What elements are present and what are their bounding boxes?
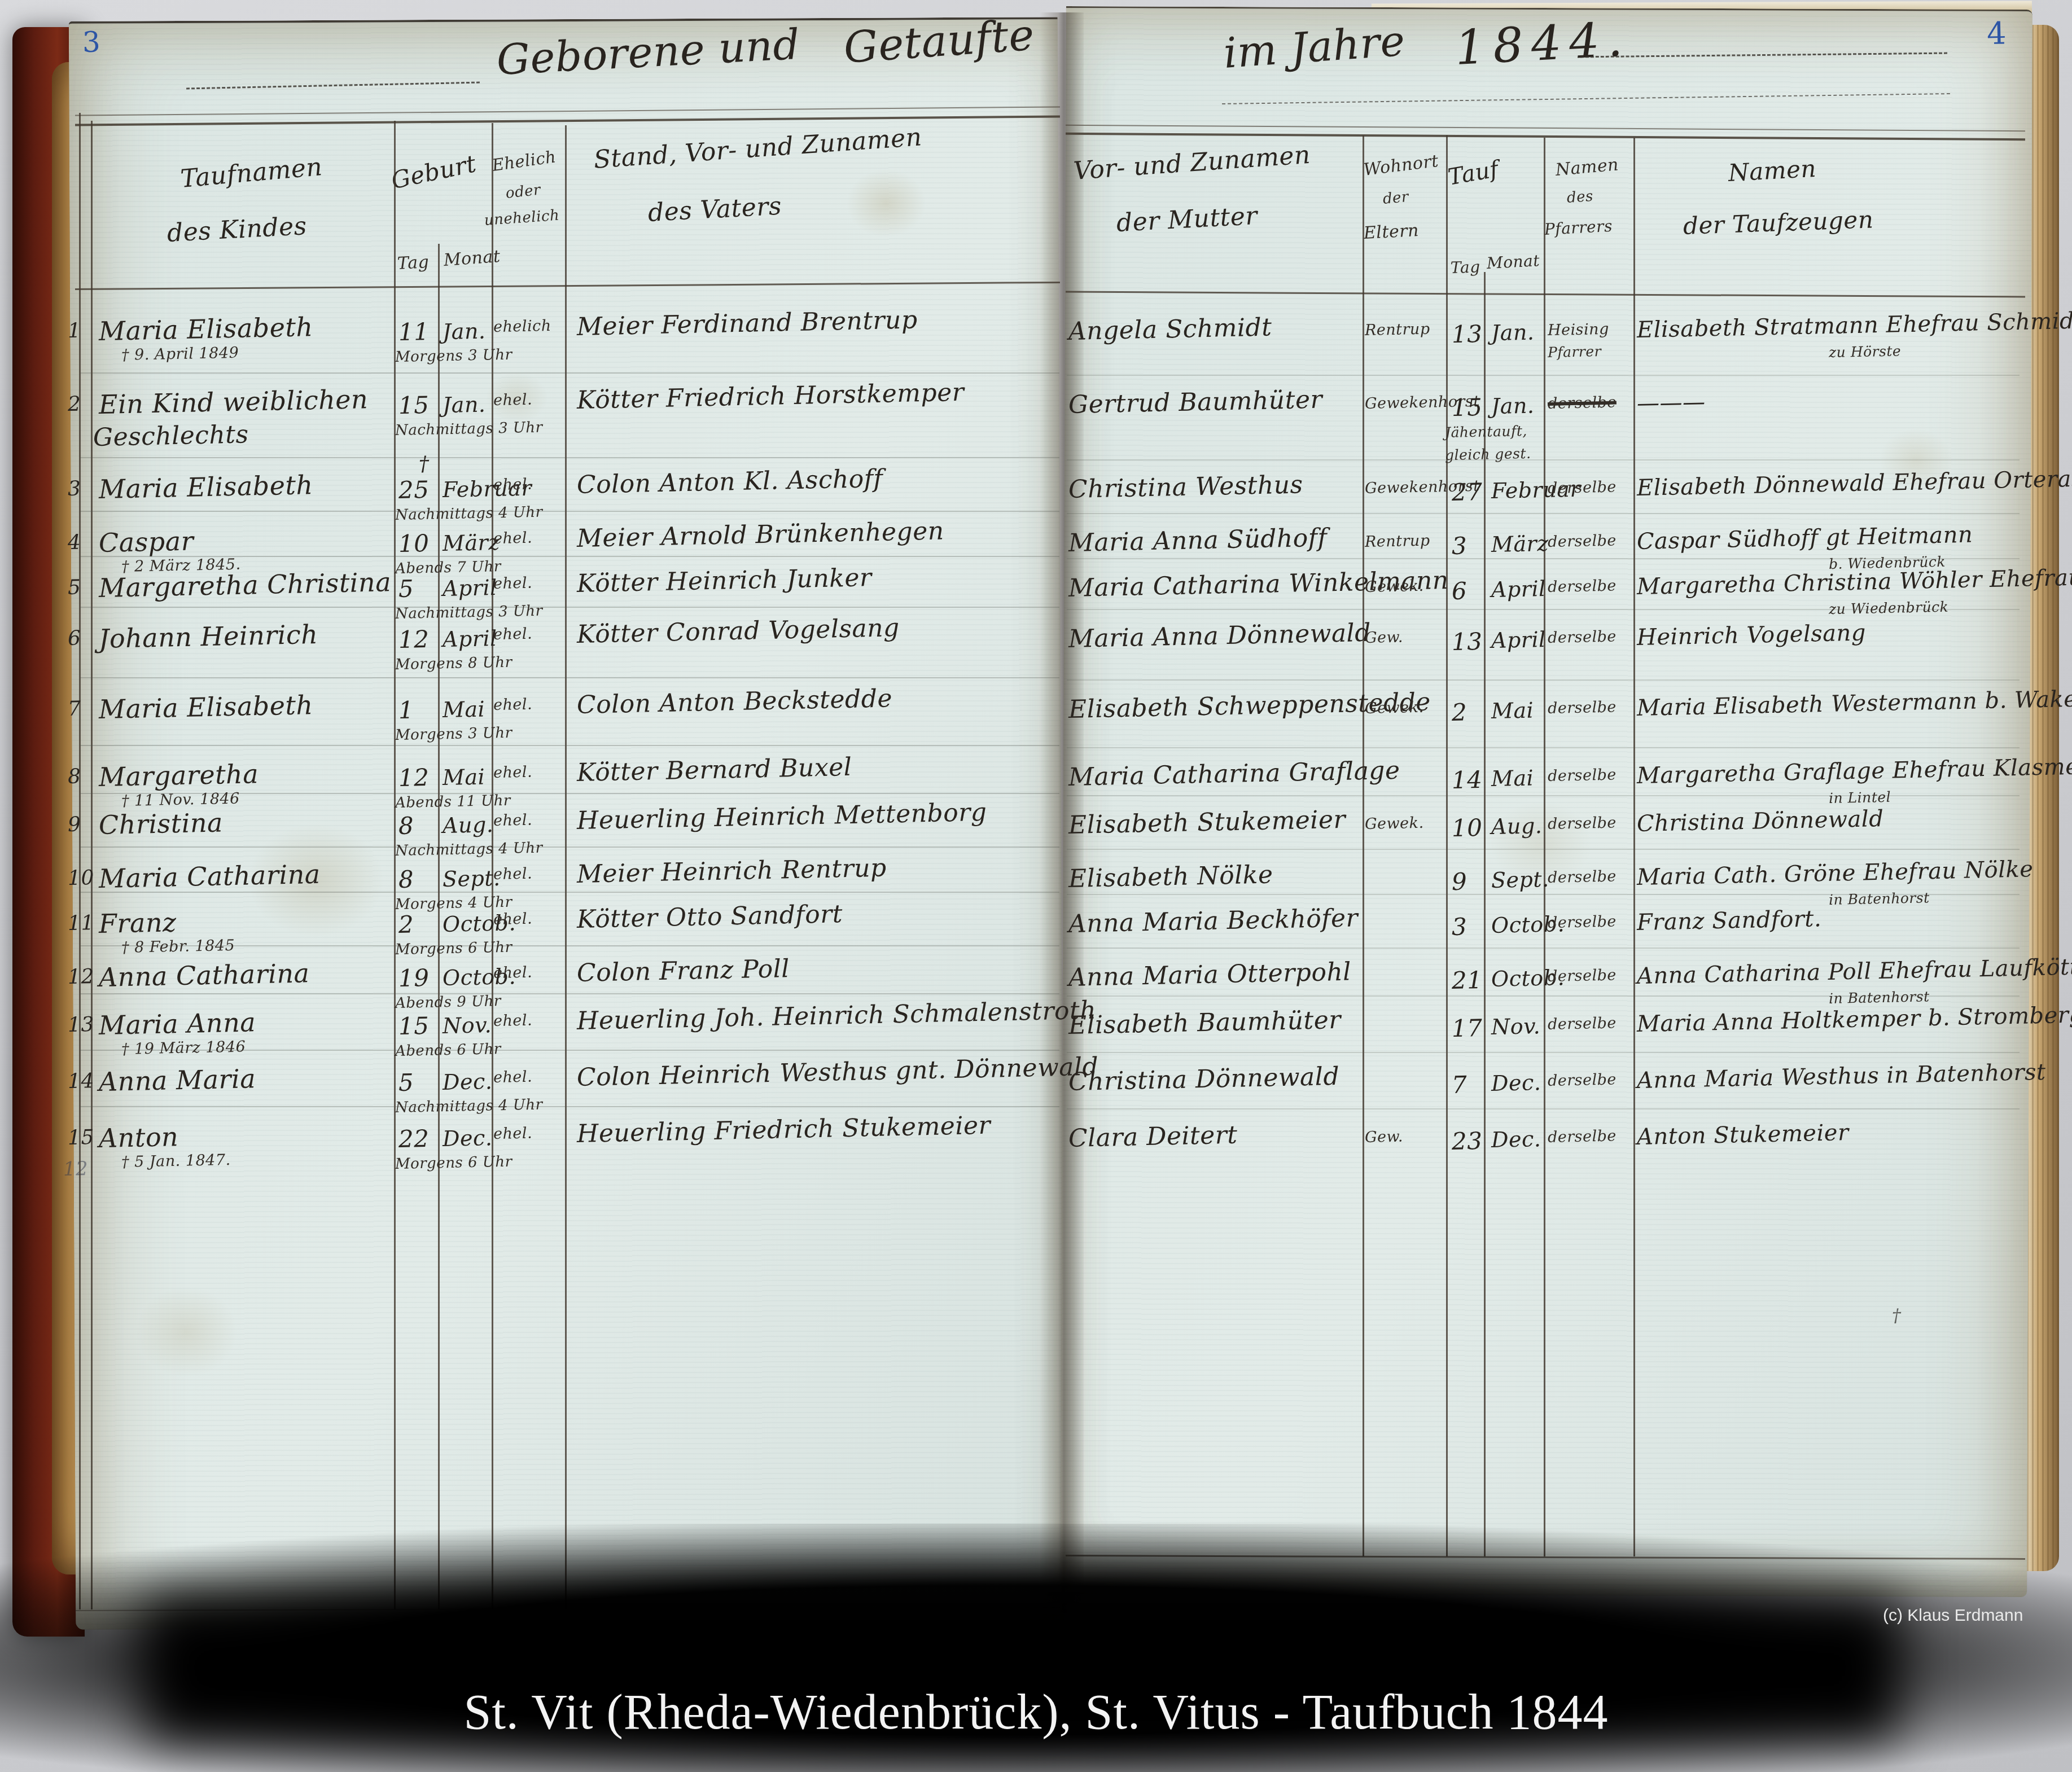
entry-godparent-place: in Batenhorst [1829,889,1930,908]
entry-birth-time: Abends 11 Uhr [395,792,511,812]
entry-baptism-month: Jan. [1491,319,1535,345]
entry-mother: Elisabeth Stukemeier [1068,805,1346,840]
entry-priest: derselbe [1548,577,1617,596]
entry-baptism-day: 9 [1451,867,1467,896]
entry-legitimacy: ehel. [493,1125,533,1143]
entry-legitimacy: ehel. [493,529,533,547]
entry-baptism-month: Dec. [1491,1070,1541,1096]
entry-separator [1067,513,2020,514]
paper-stain [847,169,926,237]
entry-death-note: † 5 Jan. 1847. [121,1151,231,1171]
entry-birth-cross: † [419,453,430,476]
entry-legitimacy: ehel. [493,812,533,830]
entry-godparent: Franz Sandfort. [1637,906,1822,936]
entry-priest: derselbe [1548,913,1617,932]
entry-number: 7 [68,698,81,721]
entry-baptism-day: 14 [1451,766,1482,794]
entry-baptism-month: Jan. [1491,393,1535,419]
entry-child-name: Geschlechts [93,420,249,452]
entry-number: 11 [68,911,95,935]
entry-birth-month: Dec. [443,1069,493,1095]
entry-father: Kötter Bernard Buxel [576,753,852,787]
entry-birth-month: März [443,530,501,556]
colhead-priest: Pfarrers [1544,217,1613,239]
entry-birth-day: 8 [398,812,414,840]
entry-baptism-month: März [1491,531,1549,557]
entry-birth-day: 1 [398,696,414,724]
entry-legitimacy: ehel. [493,1012,533,1030]
entry-birth-time: Abends 6 Uhr [395,1041,501,1060]
entry-legitimacy: ehel. [493,476,533,494]
entry-priest: derselbe [1548,966,1617,985]
entry-child-name: Franz [98,907,177,939]
entry-godparent-place: in Batenhorst [1829,988,1930,1007]
entry-separator [80,993,1059,994]
entry-priest: derselbe [1548,814,1617,833]
column-rule [1544,138,1545,1556]
entry-baptism-day: 7 [1451,1071,1467,1099]
entry-priest: derselbe [1548,698,1617,717]
entry-mother: Maria Anna Südhoff [1068,523,1327,558]
entry-separator [1067,948,2020,949]
entry-child-name: Maria Catharina [98,859,321,894]
entry-mother: Anna Maria Beckhöfer [1068,903,1358,938]
entry-residence: Rentrup [1365,532,1430,551]
entry-death-note: † 19 März 1846 [121,1038,246,1058]
entry-baptism-day: 27 [1451,478,1482,506]
entry-birth-time: Morgens 6 Uhr [395,1153,512,1173]
entry-separator [80,745,1059,746]
entry-mother: Elisabeth Nölke [1068,860,1273,893]
colhead-residence: der [1382,188,1409,208]
entry-mother: Gertrud Baumhüter [1068,385,1322,419]
entry-residence: Rentrup [1365,321,1430,339]
entry-birth-time: Morgens 8 Uhr [395,654,512,673]
ink-cross-mark: † [1892,1305,1902,1326]
column-rule [438,244,440,1609]
entry-baptism-day: 10 [1451,814,1482,842]
entry-birth-month: Nov. [443,1012,492,1038]
entry-father: Kötter Otto Sandfort [576,900,843,934]
entry-separator [80,457,1059,458]
entry-birth-day: 5 [398,574,414,603]
column-rule [91,121,93,1609]
entry-baptism-month: Mai [1491,765,1534,791]
entry-baptism-note: gleich gest. [1445,445,1531,463]
entry-birth-month: April [443,626,498,652]
entry-child-name: Maria Elisabeth [98,470,313,505]
colhead-priest: des [1566,188,1594,207]
entry-priest: Heising [1548,321,1609,339]
column-rule [394,121,396,1609]
entry-separator [1067,849,2020,850]
entry-birth-time: Nachmittags 3 Uhr [395,603,543,622]
entry-birth-time: Nachmittags 4 Uhr [395,840,543,859]
entry-child-name: Margaretha [98,758,259,792]
entry-separator [80,892,1059,893]
entry-mother: Elisabeth Baumhüter [1068,1006,1341,1040]
entry-birth-time: Nachmittags 4 Uhr [395,1096,543,1116]
entry-birth-day: 22 [398,1125,429,1153]
entry-number: 4 [68,531,81,554]
entry-legitimacy: ehel. [493,964,533,982]
entry-baptism-day: 17 [1451,1014,1482,1042]
entry-birth-day: 11 [398,318,429,346]
title-year: 1844. [1453,11,1631,76]
entry-separator [80,511,1059,512]
entry-separator [80,372,1059,374]
entry-birth-day: 19 [398,964,429,992]
entry-priest: derselbe [1548,867,1617,887]
column-rule [1484,272,1486,1556]
photographer-credit: (c) Klaus Erdmann [1883,1606,2023,1625]
entry-separator [1067,375,2020,376]
entry-separator [1067,747,2020,748]
entry-priest: derselbe [1548,628,1617,647]
bleedthrough-number: 12 [63,1157,89,1181]
entry-legitimacy: ehel. [493,865,533,883]
entry-baptism-month: Sept. [1491,867,1550,893]
entry-number: 9 [68,813,81,836]
entry-separator [80,677,1059,678]
entry-separator [80,1106,1059,1107]
entry-priest: derselbe [1548,1127,1617,1146]
entry-residence: Gewek. [1365,699,1424,717]
entry-birth-time: Nachmittags 4 Uhr [395,504,543,524]
entry-godparent: Anton Stukemeier [1637,1120,1850,1150]
entry-baptism-month: Dec. [1491,1126,1541,1152]
entry-godparent: Heinrich Vogelsang [1637,620,1867,651]
entry-godparent: ——— [1637,389,1706,416]
baptism-register-photo: 3 4 Geborene und Getaufte im Jahre 1844.… [0,0,2072,1772]
entry-birth-day: 10 [398,529,429,558]
entry-baptism-month: Mai [1491,698,1534,723]
entry-legitimacy: ehel. [493,764,533,782]
page-number-right: 4 [1986,15,2007,51]
entry-baptism-month: April [1491,627,1547,653]
entry-birth-month: Aug. [443,812,494,838]
entry-mother: Angela Schmidt [1068,313,1272,346]
entry-mother: Clara Deitert [1068,1121,1238,1153]
entry-baptism-day: 21 [1451,966,1482,994]
entry-birth-day: 12 [398,764,429,792]
entry-birth-day: 12 [398,625,429,653]
entry-child-name: Anna Maria [98,1063,256,1097]
entry-number: 14 [68,1069,95,1093]
entry-priest: derselbe [1548,1071,1617,1090]
column-rule [1446,135,1448,1556]
entry-number: 2 [68,393,81,416]
entry-residence: Gewek. [1365,577,1424,596]
colhead-baptism-day: Tag [1450,257,1480,277]
entry-separator [80,607,1059,608]
entry-separator [1067,679,2020,681]
entry-baptism-month: Aug. [1491,813,1543,839]
entry-baptism-day: 23 [1451,1127,1482,1155]
column-rule [1363,135,1364,1556]
entry-godparent-place: zu Wiedenbrück [1829,599,1949,617]
entry-child-name: Ein Kind weiblichen [98,384,368,420]
entry-residence: Gew. [1365,629,1404,647]
entry-birth-time: Morgens 6 Uhr [395,939,512,958]
entry-separator [80,846,1059,848]
entry-birth-time: Nachmittags 3 Uhr [395,419,543,439]
entry-child-name: Maria Elisabeth [98,312,313,346]
entry-death-note: † 8 Febr. 1845 [121,937,235,957]
entry-mother: Anna Maria Otterpohl [1068,958,1351,992]
entry-birth-day: 15 [398,391,429,419]
entry-number: 3 [68,477,81,501]
entry-birth-day: 15 [398,1012,429,1040]
entry-birth-month: Dec. [443,1125,493,1151]
entry-child-name: Anton [98,1121,178,1153]
entry-legitimacy: ehel. [493,910,533,928]
entry-child-name: Anna Catharina [98,958,309,993]
entry-birth-time: Abends 9 Uhr [395,993,501,1012]
entry-legitimacy: ehel. [493,625,533,643]
entry-godparent-place: in Lintel [1829,789,1891,806]
entry-birth-day: 25 [398,476,429,504]
entry-death-note: † 9. April 1849 [121,344,239,364]
entry-baptism-day: 15 [1451,393,1482,422]
entry-birth-month: April [443,575,498,601]
colhead-birth-day: Tag [397,252,430,274]
entry-child-name: Caspar [98,525,194,558]
entry-birth-month: Mai [443,764,485,790]
entry-birth-day: 8 [398,865,414,893]
entry-baptism-day: 3 [1451,913,1467,941]
entry-mother: Christina Dönnewald [1068,1062,1339,1096]
entry-priest: derselbe [1548,1014,1617,1033]
entry-birth-month: Jan. [443,318,486,344]
column-rule [565,125,567,1609]
entry-birth-month: Mai [443,696,485,722]
entry-separator [1067,1108,2020,1109]
entry-priest: derselbe [1548,393,1617,413]
column-rule [1633,138,1635,1556]
entry-child-name: Maria Elisabeth [98,690,313,725]
paper-stain [135,1287,237,1377]
entry-birth-time: Morgens 3 Uhr [395,346,512,366]
entry-legitimacy: ehelich [493,317,551,336]
entry-priest: derselbe [1548,766,1617,785]
entry-legitimacy: ehel. [493,1068,533,1086]
photo-caption: St. Vit (Rheda-Wiedenbrück), St. Vitus -… [463,1684,1608,1741]
entry-number: 1 [68,319,81,343]
entry-number: 10 [68,866,95,890]
entry-number: 13 [68,1013,95,1037]
entry-baptism-month: Nov. [1491,1014,1541,1039]
entry-number: 5 [68,576,81,599]
entry-baptism-day: 13 [1451,320,1482,348]
entry-baptism-day: 3 [1451,532,1467,560]
entry-birth-time: Morgens 3 Uhr [395,725,512,744]
entry-priest: derselbe [1548,532,1617,551]
entry-legitimacy: ehel. [493,574,533,593]
entry-number: 8 [68,765,81,788]
entry-baptism-day: 13 [1451,628,1482,656]
entry-mother: Christina Westhus [1068,470,1303,504]
entry-legitimacy: ehel. [493,391,533,409]
entry-number: 6 [68,627,81,650]
entry-number: 12 [68,965,95,989]
colhead-witnesses: Namen [1728,155,1817,187]
page-number-left: 3 [82,25,101,59]
entry-child-name: Christina [98,807,223,840]
entry-birth-day: 2 [398,910,414,938]
entry-father: Colon Franz Poll [576,954,790,988]
colhead-baptism-month: Monat [1486,251,1540,273]
entry-priest: derselbe [1548,478,1617,497]
entry-separator [1067,1052,2020,1053]
entry-legitimacy: ehel. [493,696,533,714]
entry-baptism-month: April [1491,576,1547,602]
entry-baptism-note: Jähentauft, [1445,423,1527,441]
entry-child-name: Maria Anna [98,1007,256,1041]
entry-birth-day: 5 [398,1068,414,1096]
entry-birth-month: Sept. [443,866,501,892]
entry-priest: Pfarrer [1548,343,1602,361]
entry-residence: Gew. [1365,1128,1404,1146]
entry-godparent-place: zu Hörste [1829,343,1902,361]
entry-child-name: Johann Heinrich [98,619,318,654]
colhead-residence: Eltern [1363,221,1420,243]
entry-residence: Gewek. [1365,814,1424,833]
entry-baptism-day: 6 [1451,577,1467,605]
entry-child-name: Margaretha Christina [98,567,391,603]
entry-separator [1067,459,2020,460]
entry-number: 15 [68,1126,95,1150]
entry-birth-month: Jan. [443,392,486,418]
entry-baptism-day: 2 [1451,698,1467,726]
entry-godparent: Christina Dönnewald [1637,806,1884,837]
